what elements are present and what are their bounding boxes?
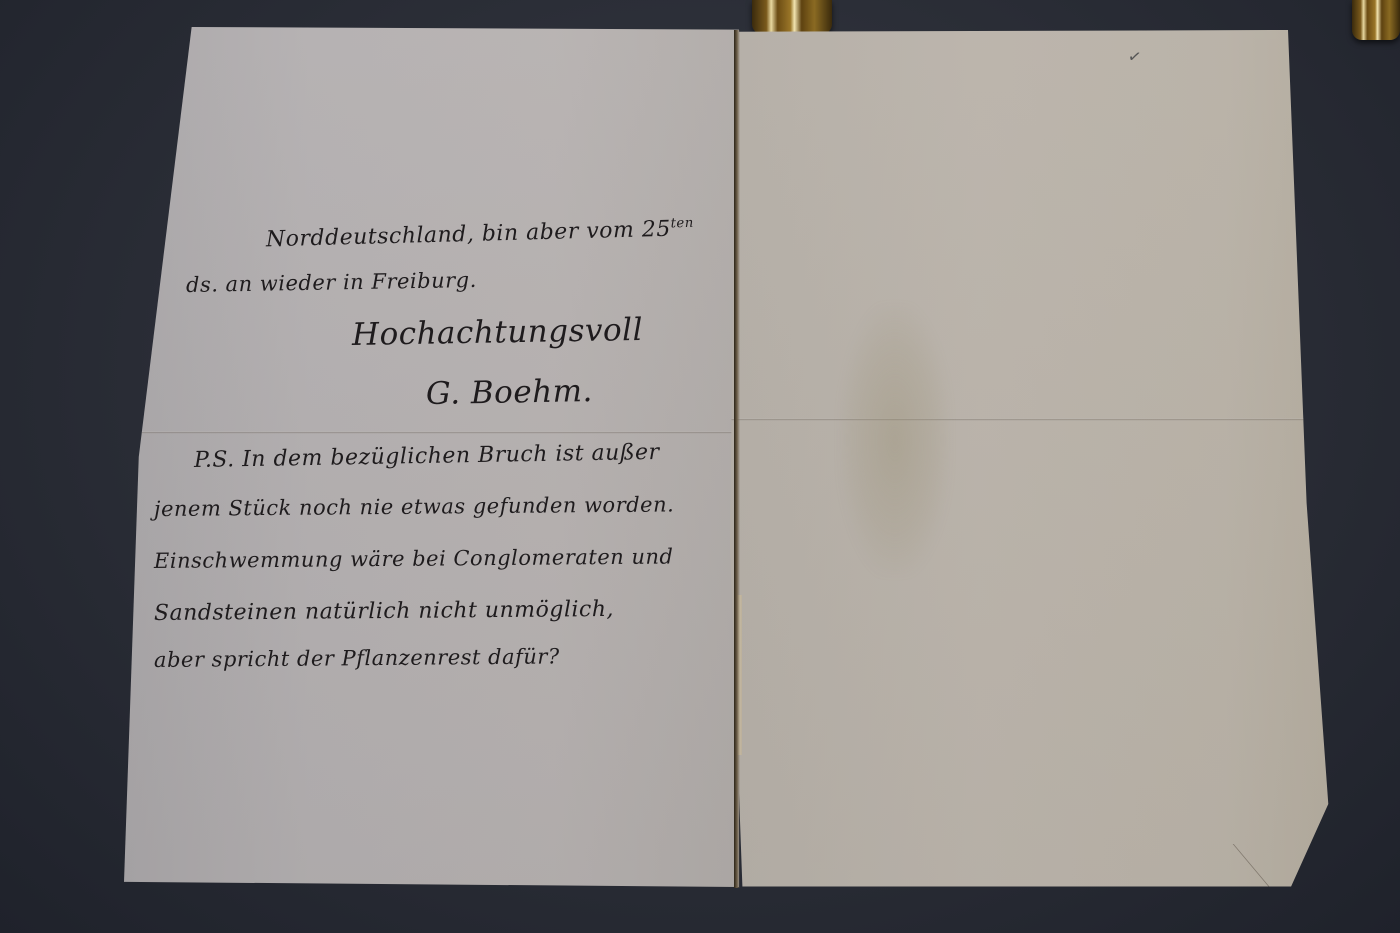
postscript-line-5: aber spricht der Pflanzenrest dafür? (154, 644, 560, 672)
postscript-line-1: P.S. In dem bezüglichen Bruch ist außer (194, 440, 660, 473)
horizontal-fold-crease (124, 431, 739, 434)
postscript-line-3: Einschwemmung wäre bei Conglomeraten und (154, 544, 674, 573)
document-scene: Norddeutschland, bin aber vom 25ten ds. … (0, 0, 1400, 933)
center-fold-gutter (734, 30, 740, 888)
folded-corner (1233, 844, 1343, 890)
postscript-line-2: jenem Stück noch nie etwas gefunden word… (154, 492, 674, 521)
letter-closing: Hochachtungsvoll (352, 312, 644, 353)
postscript-line-4: Sandsteinen natürlich nicht unmöglich, (154, 597, 614, 626)
letter-body-line-2: ds. an wieder in Freiburg. (186, 268, 477, 297)
letter-body-line-1: Norddeutschland, bin aber vom 25ten (266, 216, 695, 253)
water-stain (840, 305, 950, 575)
letter-signature: G. Boehm. (426, 373, 593, 412)
letter-left-page: Norddeutschland, bin aber vom 25ten ds. … (124, 27, 739, 887)
metal-clip-left (752, 0, 832, 34)
letter-right-page-blank: ✓ (730, 30, 1350, 890)
horizontal-fold-crease (730, 418, 1350, 421)
pencil-tick-icon: ✓ (1126, 46, 1143, 67)
metal-clip-right (1352, 0, 1400, 40)
